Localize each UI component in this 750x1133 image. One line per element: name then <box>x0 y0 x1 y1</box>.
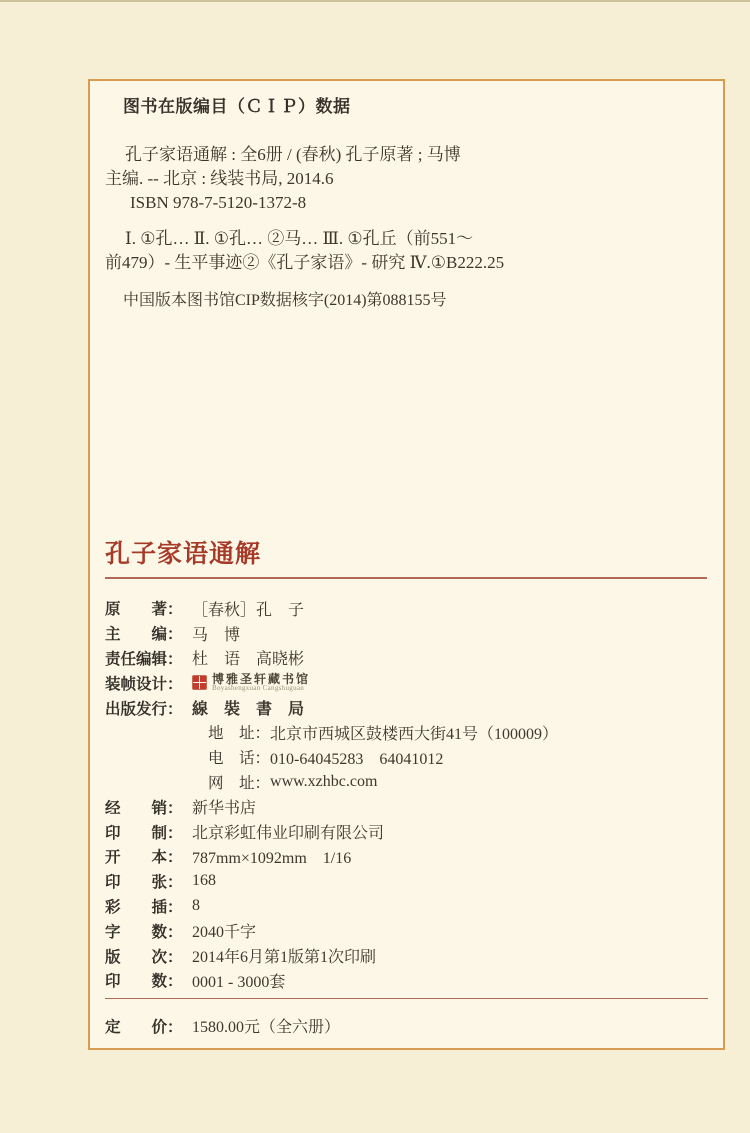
row-label: 开 本： <box>105 845 192 867</box>
cip-section: 图书在版编目（ＣＩＰ）数据 孔子家语通解 : 全6册 / (春秋) 孔子原著 ;… <box>105 95 710 313</box>
website-url: www.xzhbc.com <box>270 773 377 791</box>
cip-classification: Ⅰ. ①孔… Ⅱ. ①孔… ②马… Ⅲ. ①孔丘（前551～ 前479）- 生平… <box>105 227 710 275</box>
row-label: 地 址： <box>208 721 270 743</box>
row-value: 010-64045283 64041012 <box>270 746 443 769</box>
row-value: 2014年6月第1版第1次印刷 <box>192 944 376 967</box>
row-label: 印 数： <box>105 969 192 991</box>
colophon-row-format: 开 本：787mm×1092mm 1/16 <box>105 844 710 869</box>
row-value: 8 <box>192 897 200 915</box>
colophon-row-price: 定 价：1580.00元（全六册） <box>105 1013 710 1038</box>
row-value: 北京市西城区鼓楼西大街41号（100009） <box>270 721 558 744</box>
price-divider <box>105 998 708 1000</box>
row-label: 定 价： <box>105 1015 192 1037</box>
row-label: 经 销： <box>105 796 192 818</box>
colophon-row-edition: 版 次：2014年6月第1版第1次印刷 <box>105 943 710 968</box>
row-label: 电 话： <box>208 746 270 768</box>
colophon-row-word-count: 字 数：2040千字 <box>105 918 710 943</box>
row-label: 印 制： <box>105 821 192 843</box>
studio-seal-icon <box>192 675 207 690</box>
design-studio-mark: 博雅圣轩藏书馆Boyashengxuan Cangshuguan <box>212 673 310 693</box>
book-title: 孔子家语通解 <box>105 534 261 570</box>
colophon-row-original-author: 原 著：［春秋］孔 子 <box>105 596 710 621</box>
row-value: 马 博 <box>192 622 240 645</box>
row-value: 787mm×1092mm 1/16 <box>192 845 351 868</box>
cip-heading: 图书在版编目（ＣＩＰ）数据 <box>105 95 710 119</box>
row-label: 彩 插： <box>105 895 192 917</box>
row-value: 新华书店 <box>192 795 256 818</box>
colophon-row-binding-design: 装帧设计：博雅圣轩藏书馆Boyashengxuan Cangshuguan <box>105 670 710 695</box>
colophon-row-color-inserts: 彩 插：8 <box>105 894 710 919</box>
row-label: 印 张： <box>105 870 192 892</box>
scan-edge <box>0 0 750 2</box>
price-value: 1580.00元（全六册） <box>192 1014 340 1037</box>
cip-isbn: ISBN 978-7-5120-1372-8 <box>105 191 710 215</box>
row-label: 原 著： <box>105 597 192 619</box>
cip-classification-line2: 前479）- 生平事迹②《孔子家语》- 研究 Ⅳ.①B222.25 <box>105 251 710 275</box>
row-label: 字 数： <box>105 920 192 942</box>
colophon-row-chief-editor: 主 编：马 博 <box>105 621 710 646</box>
colophon-row-responsible-editor: 责任编辑：杜 语 高晓彬 <box>105 646 710 671</box>
colophon-row-printed-sheets: 印 张：168 <box>105 869 710 894</box>
row-value: 杜 语 高晓彬 <box>192 646 304 669</box>
colophon-row-website: 网 址：www.xzhbc.com <box>105 770 710 795</box>
title-divider <box>105 577 707 579</box>
studio-name-romanized: Boyashengxuan Cangshuguan <box>212 685 310 692</box>
colophon-row-distributor: 经 销：新华书店 <box>105 794 710 819</box>
cip-description: 孔子家语通解 : 全6册 / (春秋) 孔子原著 ; 马博 主编. -- 北京 … <box>105 143 710 215</box>
colophon-row-printer: 印 制：北京彩虹伟业印刷有限公司 <box>105 819 710 844</box>
colophon-section: 原 著：［春秋］孔 子 主 编：马 博 责任编辑：杜 语 高晓彬 装帧设计：博雅… <box>105 596 710 1038</box>
cip-classification-line1: Ⅰ. ①孔… Ⅱ. ①孔… ②马… Ⅲ. ①孔丘（前551～ <box>105 227 710 251</box>
row-label: 出版发行： <box>105 697 192 719</box>
row-label: 责任编辑： <box>105 647 192 669</box>
row-value: 168 <box>192 872 216 890</box>
cip-record-number: 中国版本图书馆CIP数据核字(2014)第088155号 <box>105 289 710 313</box>
row-value: ［春秋］孔 子 <box>192 597 304 620</box>
colophon-row-print-run: 印 数：0001 - 3000套 <box>105 968 710 993</box>
row-label: 网 址： <box>208 771 270 793</box>
row-value: 2040千字 <box>192 919 256 942</box>
row-label: 装帧设计： <box>105 672 192 694</box>
colophon-row-publisher: 出版发行：線 裝 書 局 <box>105 695 710 720</box>
cip-description-line2: 主编. -- 北京 : 线装书局, 2014.6 <box>105 167 710 191</box>
publisher-logotype: 線 裝 書 局 <box>192 696 310 719</box>
colophon-row-address: 地 址：北京市西城区鼓楼西大街41号（100009） <box>105 720 710 745</box>
cip-description-line1: 孔子家语通解 : 全6册 / (春秋) 孔子原著 ; 马博 <box>105 143 710 167</box>
copyright-page-border-box: 图书在版编目（ＣＩＰ）数据 孔子家语通解 : 全6册 / (春秋) 孔子原著 ;… <box>88 79 725 1050</box>
row-label: 主 编： <box>105 622 192 644</box>
row-value: 北京彩虹伟业印刷有限公司 <box>192 820 384 843</box>
colophon-row-telephone: 电 话：010-64045283 64041012 <box>105 745 710 770</box>
row-label: 版 次： <box>105 945 192 967</box>
row-value: 0001 - 3000套 <box>192 969 285 992</box>
